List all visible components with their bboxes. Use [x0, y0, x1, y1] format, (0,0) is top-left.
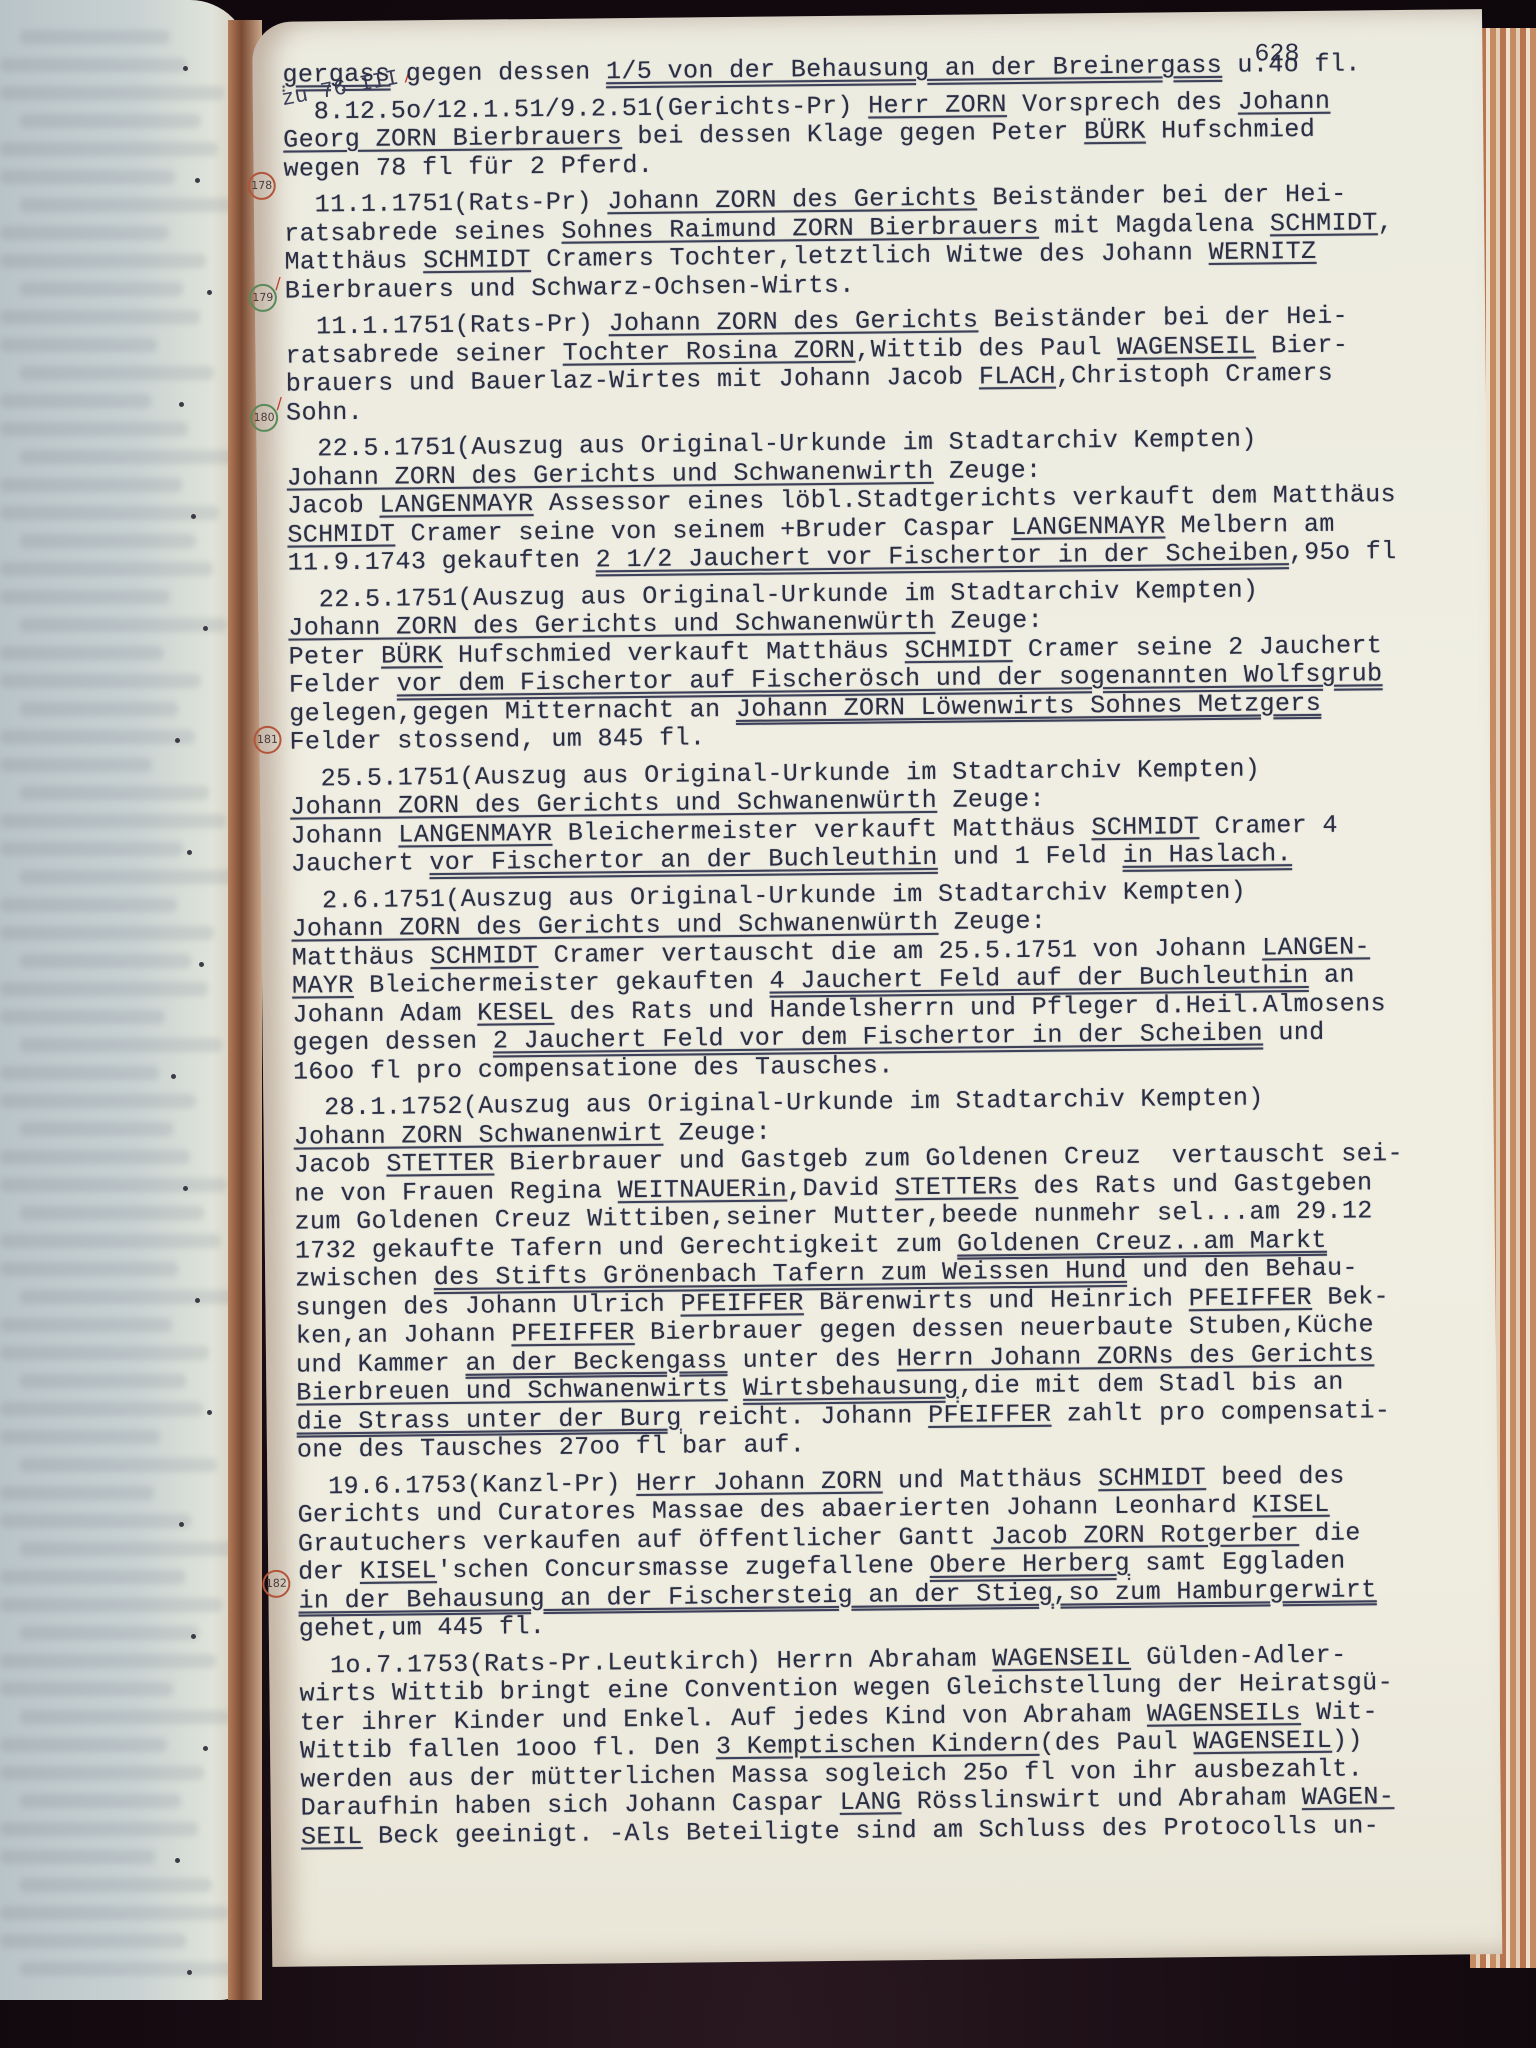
text-segment: gegen dessen	[390, 57, 606, 88]
blurred-text-line	[0, 1402, 203, 1416]
blurred-text-line	[0, 394, 151, 408]
text-segment: Jacob	[287, 491, 380, 521]
text-segment: Melbern am	[1165, 509, 1335, 540]
underlined-text: BÜRK	[1084, 117, 1146, 147]
document-page: zu 76 III/ 628 178 179/ 180/ 181 182 ger…	[252, 9, 1502, 1967]
underlined-text: PFEIFFER	[680, 1288, 804, 1318]
blurred-dot	[187, 850, 192, 855]
blurred-text-line	[20, 1962, 243, 1976]
blurred-text-line	[20, 1206, 204, 1220]
underlined-text: vor Fischertor an der Buchleuthin	[429, 843, 938, 877]
blurred-text-line	[20, 870, 240, 884]
text-segment: Wit-	[1301, 1697, 1378, 1727]
underlined-text: WAGENSEIL	[1193, 1726, 1332, 1756]
text-segment: Cramer 4	[1199, 810, 1338, 840]
blurred-text-line	[20, 450, 245, 464]
underlined-text: gergass	[282, 60, 390, 90]
text-segment: Matthäus	[284, 246, 423, 276]
blurred-dot	[203, 1746, 208, 1751]
blurred-text-line	[0, 646, 164, 660]
text-segment: Bek-	[1312, 1282, 1389, 1312]
text-segment: gehet,um 445 fl.	[299, 1612, 546, 1644]
underlined-text: SCHMIDT	[423, 245, 531, 275]
text-segment: und	[1263, 1018, 1325, 1048]
margin-annotation: 180/	[250, 404, 278, 432]
blurred-text-line	[0, 1234, 221, 1248]
underlined-text: 3 Kemptischen Kindern	[716, 1729, 1040, 1761]
underlined-text: 1/5 von der Behausung an der Breinergass	[606, 51, 1222, 86]
blurred-dot	[183, 66, 188, 71]
underlined-text: Jacob ZORN Rotgerber	[991, 1519, 1299, 1551]
text-segment: Cramer seine 2 Jauchert	[1012, 631, 1382, 664]
margin-annotation: 179/	[249, 284, 277, 312]
blurred-dot	[195, 178, 200, 183]
blurred-text-line	[0, 1178, 227, 1192]
text-segment: Sohn.	[286, 397, 363, 427]
blurred-text-line	[20, 702, 178, 716]
text-segment: Jauchert	[291, 848, 430, 878]
text-segment: u.4o fl.	[1222, 49, 1361, 79]
blurred-text-line	[0, 898, 177, 912]
underlined-text: STETTER	[386, 1149, 494, 1179]
text-segment: Beiständer bei der Hei-	[978, 302, 1348, 335]
underlined-text: KISEL	[1252, 1490, 1329, 1520]
blurred-dot	[175, 1858, 180, 1863]
blurred-text-line	[0, 926, 214, 940]
underlined-text: WAGENSEILs	[1147, 1698, 1301, 1729]
underlined-text: LANGENMAYR	[1011, 511, 1165, 542]
blurred-dot	[191, 1634, 196, 1639]
blurred-dot	[191, 514, 196, 519]
underlined-text: SCHMIDT	[287, 519, 395, 549]
margin-annotation: 181	[253, 726, 281, 754]
text-segment: bei dessen Klage gegen Peter	[622, 117, 1084, 151]
underlined-text: PFEIFFER	[511, 1318, 635, 1348]
blurred-text-line	[20, 30, 170, 44]
text-segment: sungen des Johann Ulrich	[295, 1289, 680, 1322]
underlined-text: Goldenen Creuz..am Markt	[957, 1225, 1327, 1258]
blurred-text-line	[0, 1738, 167, 1752]
underlined-text: WAGENSEIL	[992, 1642, 1131, 1672]
blurred-text-line	[0, 1850, 155, 1864]
text-segment: 11.9.1743 gekauften	[288, 545, 596, 577]
check-mark-icon: /	[275, 272, 281, 296]
blurred-text-line	[0, 1598, 222, 1612]
blurred-text-line	[20, 1794, 181, 1808]
underlined-text: Herr Johann ZORN	[636, 1466, 883, 1498]
text-segment: Bärenwirts und Heinrich	[804, 1284, 1189, 1317]
blurred-dot	[171, 1074, 176, 1079]
text-segment: Felder stossend, um 845 fl.	[289, 723, 705, 756]
underlined-text: KESEL	[477, 997, 554, 1027]
margin-annotation: 178	[248, 172, 276, 200]
text-segment: Hufschmied	[1146, 115, 1316, 146]
blurred-text-line	[0, 86, 224, 100]
blurred-text-line	[0, 170, 175, 184]
underlined-text: PFEIFFER	[928, 1399, 1052, 1429]
text-segment: Peter	[288, 641, 381, 671]
text-segment: ,Christoph Cramers	[1056, 359, 1334, 391]
blurred-text-line	[20, 1038, 222, 1052]
blurred-text-line	[0, 1766, 204, 1780]
blurred-dot	[203, 626, 208, 631]
underlined-text: STETTERs	[895, 1172, 1019, 1202]
underlined-text: LANGENMAYR	[379, 489, 533, 520]
blurred-text-line	[20, 366, 214, 380]
underlined-text: SCHMIDT	[905, 635, 1013, 665]
blurred-text-line	[20, 114, 201, 128]
blurred-text-line	[20, 786, 209, 800]
blurred-text-line	[0, 1066, 159, 1080]
blurred-dot	[179, 402, 184, 407]
text-segment: und Matthäus	[882, 1464, 1098, 1495]
text-segment: ken,an Johann	[296, 1319, 512, 1350]
text-segment	[727, 1374, 743, 1403]
blurred-text-line	[0, 310, 200, 324]
blurred-dot	[187, 1970, 192, 1975]
text-segment: und Kammer	[296, 1348, 466, 1379]
underlined-text: BÜRK	[381, 641, 443, 671]
underlined-text: Obere Herberg	[930, 1549, 1131, 1580]
text-segment: ,David	[787, 1173, 895, 1203]
text-segment: der	[298, 1557, 360, 1587]
underlined-text: SCHMIDT	[1091, 812, 1199, 842]
blurred-text-line	[0, 1822, 198, 1836]
underlined-text: SCHMIDT	[1098, 1463, 1206, 1493]
underlined-text: Johann ZORN Schwanenwirt	[294, 1118, 664, 1151]
underlined-text: PFEIFFER	[1189, 1282, 1313, 1312]
text-segment: Beiständer bei der Hei-	[977, 180, 1347, 213]
text-segment: 11.1.1751(Rats-Pr)	[284, 187, 608, 219]
text-segment: des Rats und Gastgeben	[1018, 1168, 1373, 1201]
text-segment: Gülden-Adler-	[1131, 1640, 1347, 1671]
blurred-text-line	[20, 618, 227, 632]
text-segment: (des Paul	[1039, 1727, 1193, 1758]
text-segment: ,	[1378, 208, 1394, 237]
blurred-text-line	[20, 282, 183, 296]
underlined-text: Johann ZORN des Gerichts	[608, 305, 978, 338]
blurred-text-line	[0, 1430, 160, 1444]
text-segment: unter des	[727, 1344, 897, 1375]
blurred-text-line	[0, 730, 195, 744]
blurred-text-line	[0, 1906, 229, 1920]
blurred-text-line	[0, 842, 183, 856]
underlined-text: MAYR	[292, 971, 354, 1001]
blurred-text-line	[0, 562, 213, 576]
blurred-text-line	[0, 1150, 190, 1164]
blurred-dot	[207, 1410, 212, 1415]
blurred-text-line	[0, 814, 226, 828]
underlined-text: Tochter Rosina ZORN	[563, 335, 856, 367]
underlined-text: die Strass unter der Burg	[297, 1403, 682, 1436]
underlined-text: FLACH	[979, 362, 1056, 392]
text-segment: ,95o fl	[1289, 537, 1397, 567]
blurred-text-line	[0, 142, 218, 156]
underlined-text: LANG	[840, 1787, 902, 1817]
blurred-text-line	[0, 58, 187, 72]
text-segment: samt Eggladen	[1130, 1547, 1346, 1578]
underlined-text: Herr ZORN	[868, 90, 1007, 120]
text-segment: Jacob	[294, 1150, 387, 1180]
blurred-text-line	[0, 674, 201, 688]
blurred-text-line	[0, 1654, 216, 1668]
blurred-text-line	[0, 1010, 165, 1024]
margin-annotation: 182	[262, 1570, 290, 1598]
blurred-text-line	[0, 226, 169, 240]
blurred-text-line	[20, 1290, 235, 1304]
blurred-dot	[179, 1522, 184, 1527]
blurred-text-line	[20, 1458, 217, 1472]
blurred-text-line	[0, 1262, 178, 1276]
blurred-text-line	[0, 338, 157, 352]
text-segment: Johann Adam	[292, 998, 477, 1029]
blurred-text-line	[20, 1374, 186, 1388]
text-segment: ne von Frauen Regina	[294, 1176, 618, 1208]
text-segment: Matthäus	[292, 942, 431, 972]
blurred-text-line	[0, 1318, 172, 1332]
text-segment: zwischen	[295, 1263, 434, 1293]
text-segment: Zeuge:	[938, 907, 1046, 937]
text-segment: 16oo fl pro compensatione des Tausches.	[293, 1051, 894, 1086]
text-segment: und 1 Feld	[938, 841, 1123, 872]
underlined-text: LANGEN-	[1262, 932, 1370, 962]
blurred-dot	[199, 962, 204, 967]
underlined-text: an der Beckengass	[465, 1346, 727, 1378]
text-segment: gegen dessen	[293, 1027, 494, 1058]
text-segment: mit Magdalena	[1039, 209, 1270, 240]
text-segment: Felder	[289, 670, 397, 700]
text-segment: beed des	[1206, 1461, 1345, 1491]
blurred-text-line	[0, 254, 206, 268]
blurred-text-line	[0, 478, 182, 492]
text-segment: ,Wittib des Paul	[855, 332, 1117, 364]
text-segment: 19.6.1753(Kanzl-Pr)	[297, 1469, 636, 1502]
text-segment: Bierbrauers und Schwarz-Ochsen-Wirts.	[285, 270, 855, 305]
text-segment: Vorsprech des	[1007, 87, 1238, 118]
text-segment: ))	[1332, 1725, 1363, 1754]
blurred-text-line	[0, 1346, 209, 1360]
text-segment: Zeuge:	[937, 785, 1045, 815]
underlined-text: SEIL	[301, 1821, 363, 1851]
blurred-text-line	[0, 1514, 191, 1528]
blurred-text-line	[20, 534, 196, 548]
blurred-dot	[175, 738, 180, 743]
blurred-text-line	[20, 1626, 199, 1640]
text-segment: zahlt pro compensati-	[1051, 1396, 1390, 1429]
text-segment: ,die mit dem Stadl bis an	[959, 1368, 1344, 1401]
text-segment: Zeuge:	[933, 455, 1041, 485]
underlined-text: Wirtsbehausung	[743, 1372, 959, 1403]
check-mark-icon: /	[276, 392, 282, 416]
blurred-text-line	[0, 1682, 173, 1696]
typewritten-text: gergass gegen dessen 1/5 von der Behausu…	[282, 49, 1481, 1851]
blurred-text-line	[0, 422, 188, 436]
blurred-dot	[183, 1186, 188, 1191]
text-segment: die	[1299, 1518, 1361, 1548]
underlined-text: KISEL	[360, 1556, 437, 1586]
underlined-text: WEITNAUERin	[618, 1174, 788, 1205]
text-segment: Bier-	[1256, 330, 1349, 360]
text-segment: reicht. Johann	[682, 1400, 929, 1432]
text-segment: Johann	[290, 820, 398, 850]
underlined-text: WAGEN-	[1302, 1782, 1395, 1812]
blurred-text-line	[0, 758, 152, 772]
underlined-text: WERNITZ	[1208, 237, 1316, 267]
text-segment: Zeuge:	[663, 1117, 771, 1147]
blurred-text-line	[20, 1878, 212, 1892]
blurred-text-line	[20, 1710, 230, 1724]
underlined-text: Georg ZORN Bierbrauers	[283, 122, 622, 155]
underlined-text: WAGENSEIL	[1117, 331, 1256, 361]
blurred-text-line	[0, 1934, 186, 1948]
blurred-text-line	[20, 954, 191, 968]
previous-page-blurred	[0, 0, 250, 2000]
underlined-text: LANGENMAYR	[398, 818, 552, 849]
underlined-text: SCHMIDT	[1270, 208, 1378, 238]
blurred-dot	[195, 1298, 200, 1303]
underlined-text: Johann ZORN des Gerichts	[607, 183, 977, 216]
blurred-text-line	[0, 1570, 185, 1584]
blurred-text-line	[20, 1122, 173, 1136]
text-segment: one des Tausches 27oo fl bar auf.	[297, 1430, 806, 1464]
blurred-text-line	[0, 506, 219, 520]
text-segment: 11.1.1751(Rats-Pr)	[285, 309, 609, 341]
blurred-text-line	[0, 982, 208, 996]
blurred-text-line	[0, 1094, 196, 1108]
underlined-text: in Haslach.	[1122, 839, 1292, 870]
blurred-text-line	[20, 1542, 248, 1556]
underlined-text: Johann ZORN Löwenwirts Sohnes Metzgers	[736, 688, 1322, 723]
text-segment: an	[1308, 961, 1355, 990]
blurred-text-line	[0, 590, 170, 604]
text-segment: ratsabrede seiner	[285, 338, 563, 370]
blurred-text-line	[0, 1486, 154, 1500]
underlined-text: SCHMIDT	[430, 941, 538, 971]
text-segment: wegen 78 fl für 2 Pferd.	[283, 150, 653, 183]
text-segment: Zeuge:	[935, 606, 1043, 636]
underlined-text: Johann	[1238, 86, 1331, 116]
blurred-dot	[207, 290, 212, 295]
blurred-text-line	[20, 198, 232, 212]
text-segment: ratsabrede seines	[284, 216, 562, 248]
text-segment: und den Behau-	[1127, 1253, 1358, 1284]
